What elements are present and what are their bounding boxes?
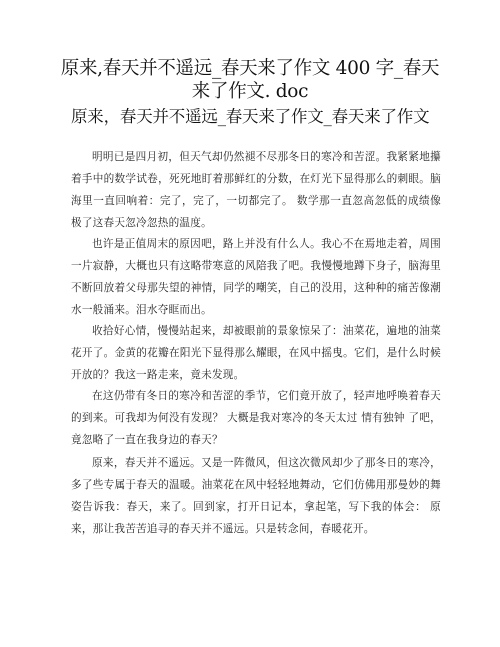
document-title: 原来,春天并不遥远_春天来了作文 400 字_春天来了作文. doc	[55, 57, 445, 103]
paragraph-3: 收拾好心情，慢慢站起来，却被眼前的景象惊呆了：油菜花，遍地的油菜花开了。金黄的花…	[71, 320, 441, 386]
paragraph-4: 在这仍带有冬日的寒冷和苦涩的季节，它们竟开放了，轻声地呼唤着春天的到来。可我却为…	[71, 385, 441, 451]
document-page: 原来,春天并不遥远_春天来了作文 400 字_春天来了作文. doc 原来，春天…	[0, 0, 500, 647]
paragraph-2: 也许是正值周末的原因吧，路上并没有什么人。我心不在焉地走着，周围一片寂静，大概也…	[71, 233, 441, 321]
document-subtitle: 原来，春天并不遥远_春天来了作文_春天来了作文	[71, 107, 429, 127]
paragraph-1: 明明已是四月初，但天气却仍然褪不尽那冬日的寒冷和苦涩。我紧紧地攥着手中的数学试卷…	[71, 146, 441, 234]
paragraph-5: 原来，春天并不遥远。又是一阵微风，但这次微风却少了那冬日的寒冷，多了些专属于春天…	[71, 452, 441, 540]
